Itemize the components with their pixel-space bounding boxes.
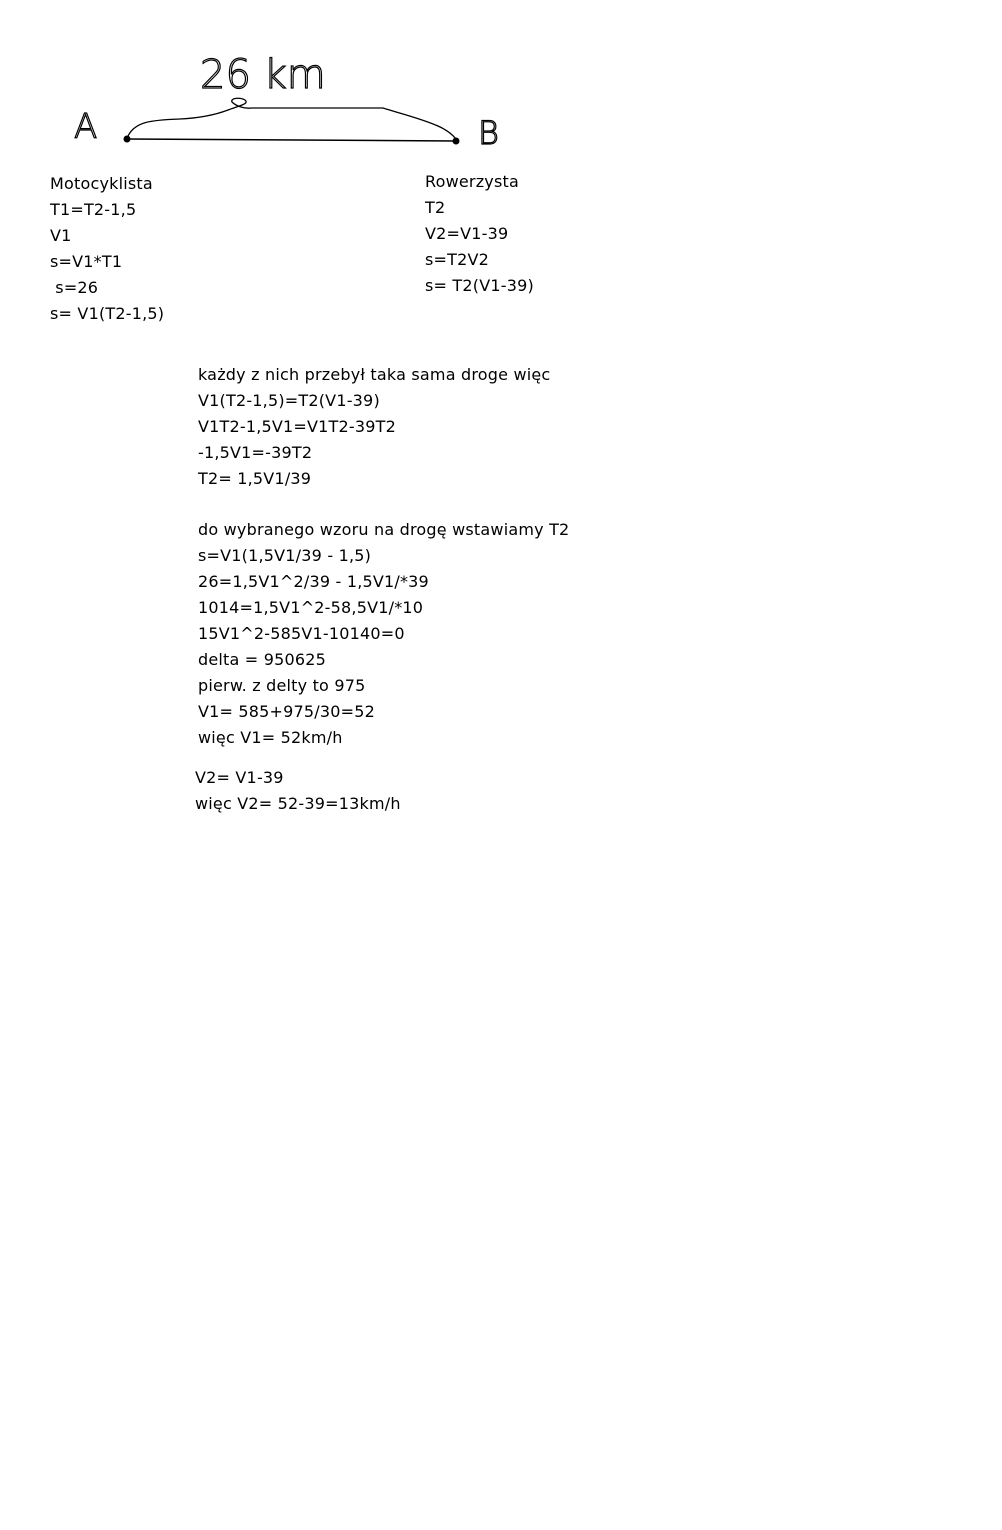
solution-line: pierw. z delty to 975 <box>198 673 569 699</box>
rowerzysta-line: V2=V1-39 <box>425 221 534 247</box>
solution-line: V1(T2-1,5)=T2(V1-39) <box>198 388 550 414</box>
motocyklista-block: Motocyklista T1=T2-1,5 V1 s=V1*T1 s=26 s… <box>50 171 164 327</box>
solution-line: s=V1(1,5V1/39 - 1,5) <box>198 543 569 569</box>
solution-part2: do wybranego wzoru na drogę wstawiamy T2… <box>198 517 569 751</box>
motocyklista-line: T1=T2-1,5 <box>50 197 164 223</box>
motocyklista-line: s= V1(T2-1,5) <box>50 301 164 327</box>
solution-line: -1,5V1=-39T2 <box>198 440 550 466</box>
solution-line: V1T2-1,5V1=V1T2-39T2 <box>198 414 550 440</box>
point-a-dot <box>124 136 131 143</box>
solution-line: V1= 585+975/30=52 <box>198 699 569 725</box>
motocyklista-title: Motocyklista <box>50 171 164 197</box>
solution-line: T2= 1,5V1/39 <box>198 466 550 492</box>
solution-line: delta = 950625 <box>198 647 569 673</box>
point-b-label: B <box>478 114 499 152</box>
rowerzysta-line: T2 <box>425 195 534 221</box>
route-sketch: 26 km A B <box>0 0 1002 170</box>
distance-brace <box>128 98 456 139</box>
solution-line: 26=1,5V1^2/39 - 1,5V1/*39 <box>198 569 569 595</box>
solution-line: 1014=1,5V1^2-58,5V1/*10 <box>198 595 569 621</box>
solution-line: każdy z nich przebył taka sama droge wię… <box>198 362 550 388</box>
solution-line: V2= V1-39 <box>195 765 401 791</box>
solution-line: do wybranego wzoru na drogę wstawiamy T2 <box>198 517 569 543</box>
solution-line: 15V1^2-585V1-10140=0 <box>198 621 569 647</box>
rowerzysta-block: Rowerzysta T2 V2=V1-39 s=T2V2 s= T2(V1-3… <box>425 169 534 299</box>
distance-label: 26 km <box>200 52 326 98</box>
rowerzysta-title: Rowerzysta <box>425 169 534 195</box>
solution-line: więc V1= 52km/h <box>198 725 569 751</box>
solution-part1: każdy z nich przebył taka sama droge wię… <box>198 362 550 492</box>
rowerzysta-line: s= T2(V1-39) <box>425 273 534 299</box>
motocyklista-line: V1 <box>50 223 164 249</box>
rowerzysta-line: s=T2V2 <box>425 247 534 273</box>
solution-part3: V2= V1-39 więc V2= 52-39=13km/h <box>195 765 401 817</box>
point-a-label: A <box>74 107 97 147</box>
point-b-dot <box>453 138 460 145</box>
solution-line: więc V2= 52-39=13km/h <box>195 791 401 817</box>
motocyklista-line: s=V1*T1 <box>50 249 164 275</box>
route-line <box>127 139 456 141</box>
motocyklista-line: s=26 <box>50 275 164 301</box>
